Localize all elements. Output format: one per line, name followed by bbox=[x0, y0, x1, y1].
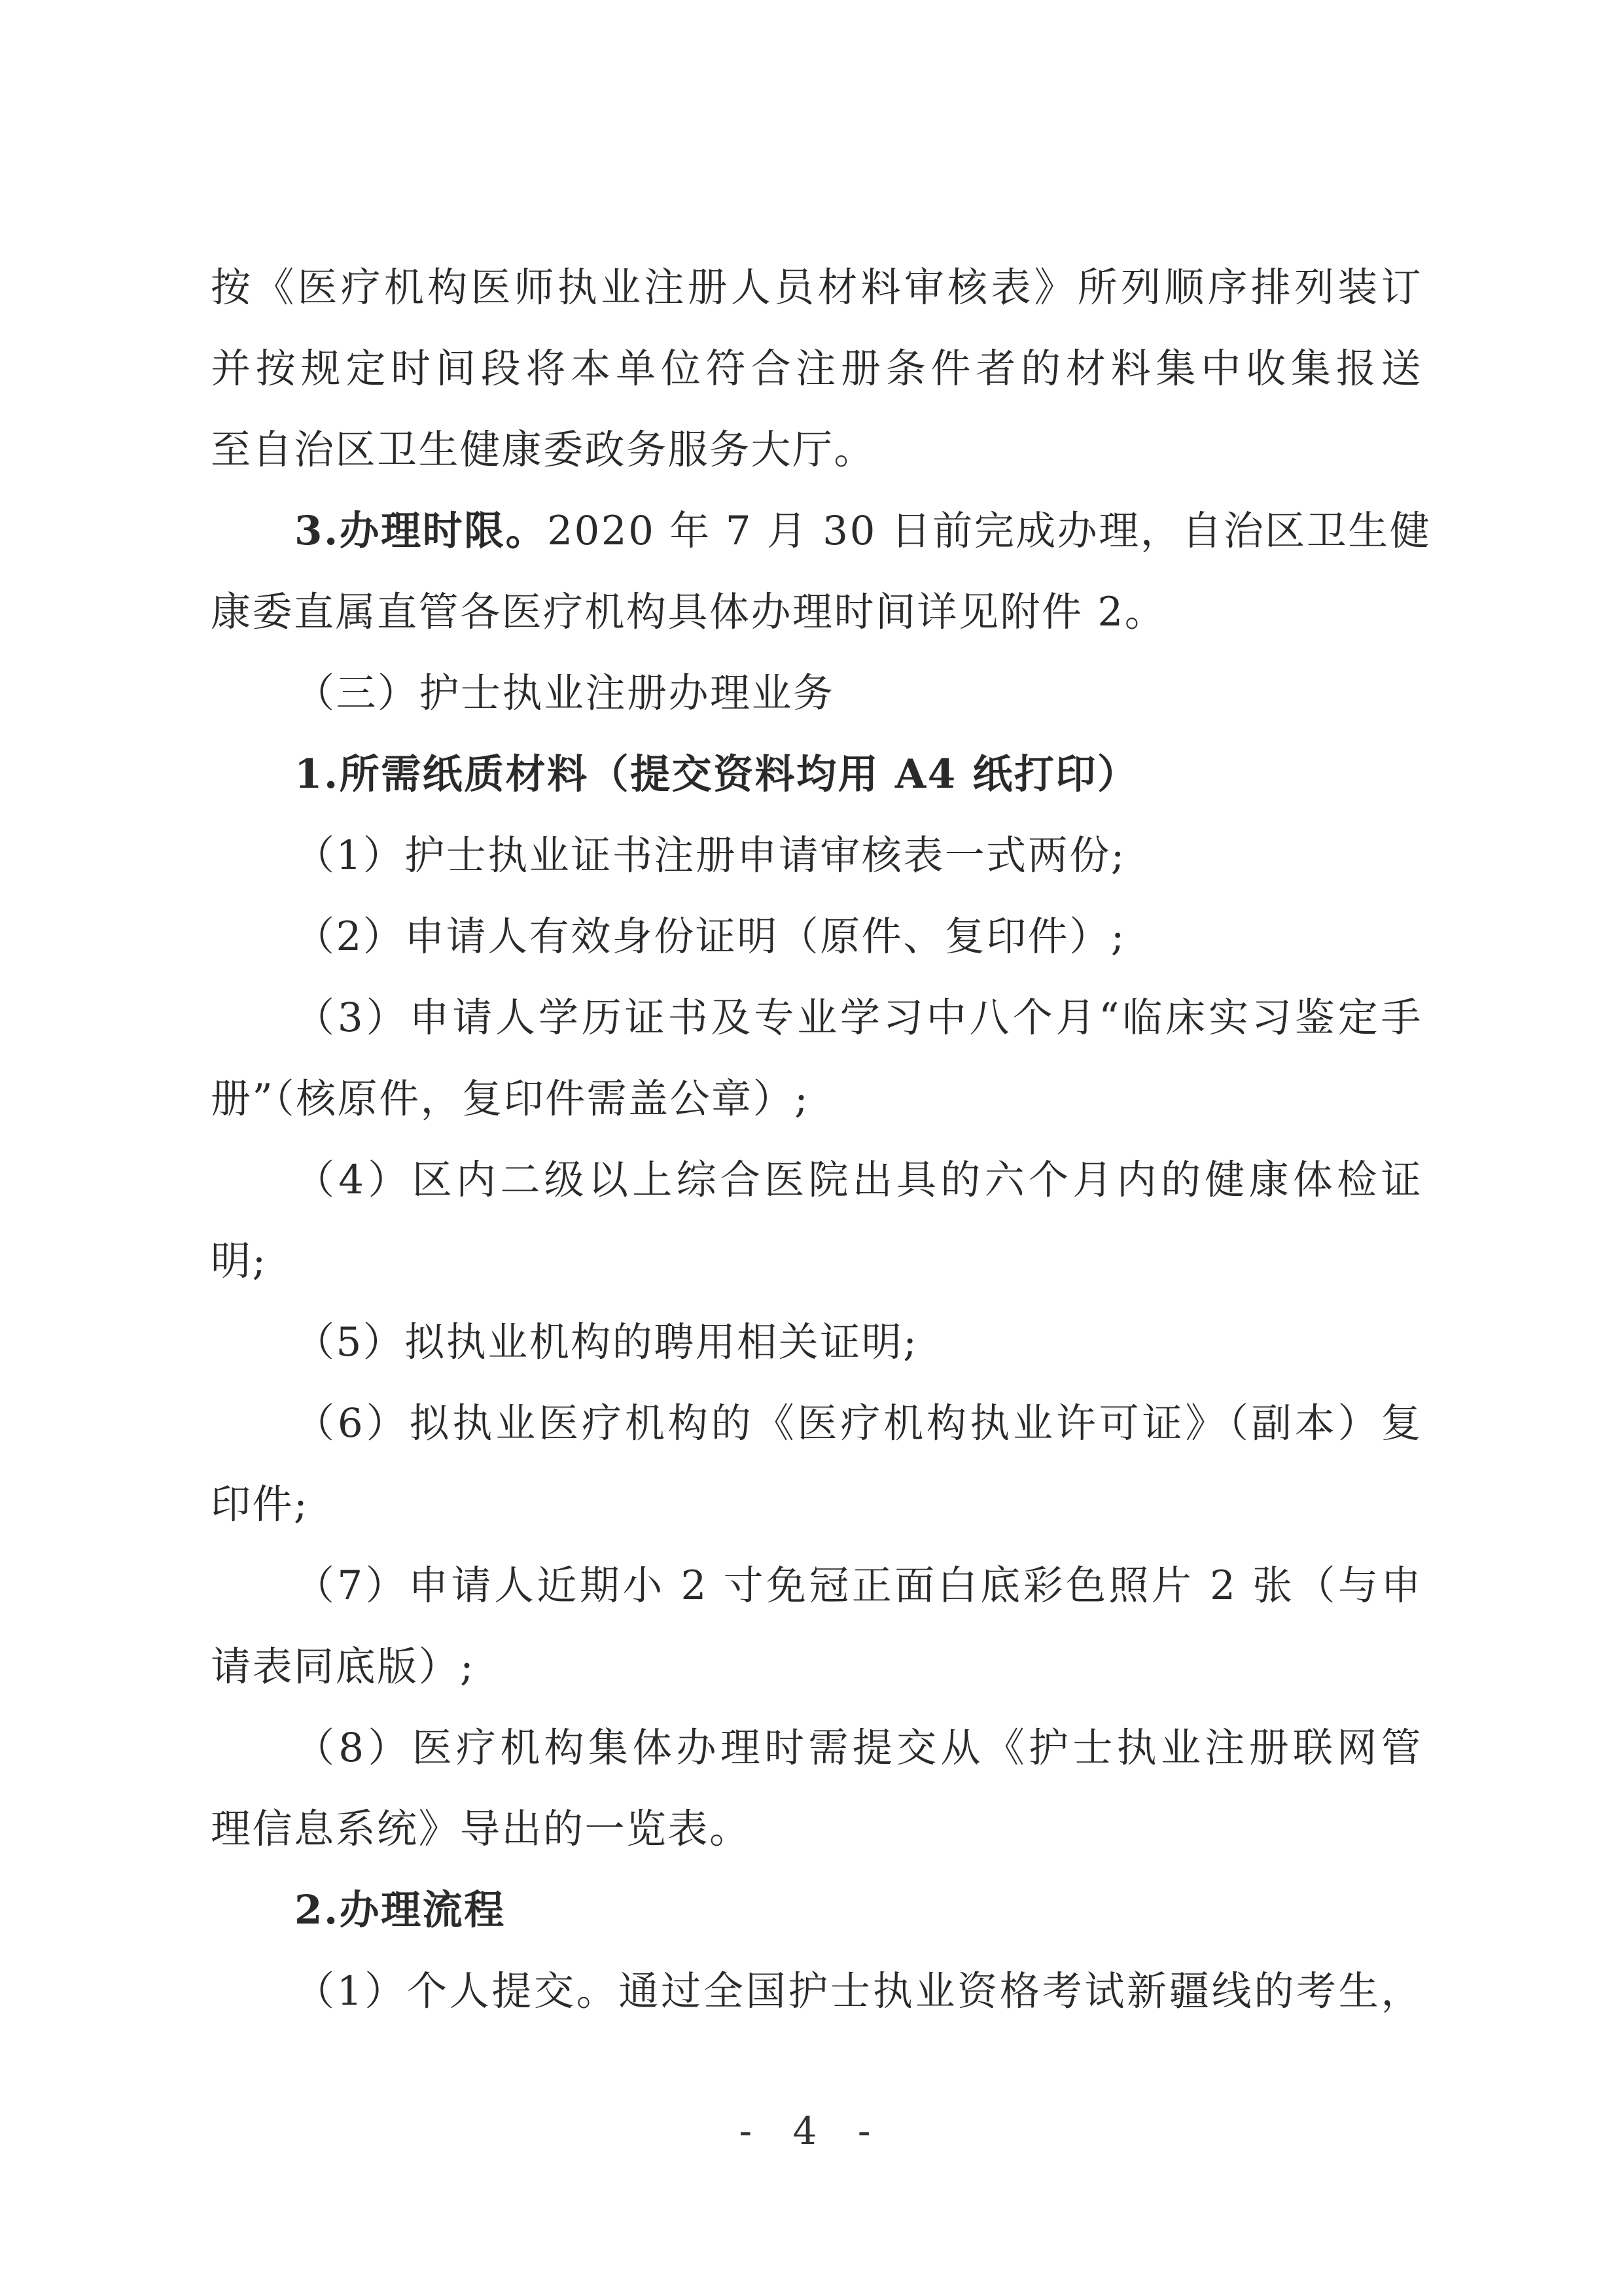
list-item-6: （6）拟执业医疗机构的《医疗机构执业许可证》（副本）复 bbox=[211, 1383, 1422, 1464]
list-item-8-cont: 理信息系统》导出的一览表。 bbox=[211, 1789, 1422, 1870]
list-item-3-cont: 册”（核原件，复印件需盖公章）; bbox=[211, 1059, 1422, 1140]
time-limit-line-2: 康委直属直管各医疗机构具体办理时间详见附件 2。 bbox=[211, 572, 1422, 653]
time-limit-text: 2020 年 7 月 30 日前完成办理，自治区卫生健 bbox=[547, 508, 1431, 554]
list-item-8: （8）医疗机构集体办理时需提交从《护士执业注册联网管 bbox=[211, 1708, 1422, 1789]
list-item-7-cont: 请表同底版）; bbox=[211, 1627, 1422, 1708]
time-limit-line: 3.办理时限。2020 年 7 月 30 日前完成办理，自治区卫生健 bbox=[211, 491, 1422, 572]
list-item-1: （1）护士执业证书注册申请审核表一式两份; bbox=[211, 815, 1422, 896]
document-page: 按《医疗机构医师执业注册人员材料审核表》所列顺序排列装订 并按规定时间段将本单位… bbox=[211, 247, 1422, 2032]
paragraph-line-2: 并按规定时间段将本单位符合注册条件者的材料集中收集报送 bbox=[211, 328, 1422, 410]
section-heading-nurse-registration: （三）护士执业注册办理业务 bbox=[211, 653, 1422, 734]
list-item-7: （7）申请人近期小 2 寸免冠正面白底彩色照片 2 张（与申 bbox=[211, 1545, 1422, 1627]
time-limit-heading: 3.办理时限。 bbox=[294, 508, 547, 554]
paragraph-line-3: 至自治区卫生健康委政务服务大厅。 bbox=[211, 410, 1422, 491]
list-item-5: （5）拟执业机构的聘用相关证明; bbox=[211, 1302, 1422, 1383]
list-item-6-cont: 印件; bbox=[211, 1464, 1422, 1545]
paragraph-line-1: 按《医疗机构医师执业注册人员材料审核表》所列顺序排列装订 bbox=[211, 247, 1422, 328]
subheading-required-materials: 1.所需纸质材料（提交资料均用 A4 纸打印） bbox=[211, 734, 1422, 815]
page-number: - 4 - bbox=[0, 2101, 1624, 2160]
list-item-4-cont: 明; bbox=[211, 1221, 1422, 1302]
list-item-4: （4）区内二级以上综合医院出具的六个月内的健康体检证 bbox=[211, 1140, 1422, 1221]
subheading-process: 2.办理流程 bbox=[211, 1870, 1422, 1951]
list-item-2: （2）申请人有效身份证明（原件、复印件）; bbox=[211, 896, 1422, 977]
process-item-1: （1）个人提交。通过全国护士执业资格考试新疆线的考生， bbox=[211, 1951, 1422, 2032]
list-item-3: （3）申请人学历证书及专业学习中八个月“临床实习鉴定手 bbox=[211, 977, 1422, 1059]
